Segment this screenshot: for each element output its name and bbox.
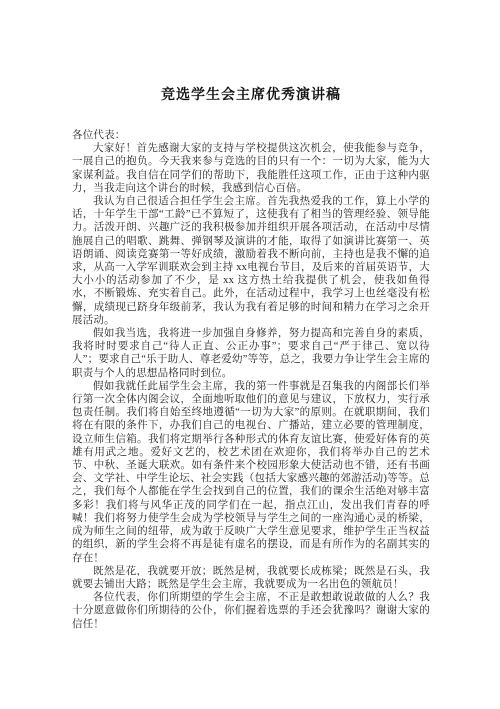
paragraph: 假如我就任此届学生会主席，我的第一件事就是召集我的内阁部长们举行第一次全体内阁会…: [72, 380, 430, 565]
paragraph: 我认为自己很适合担任学生会主席。首先我热爱我的工作，算上小学的话，十年学生干部“…: [72, 195, 430, 327]
salutation: 各位代表：: [72, 129, 430, 142]
paragraph: 既然是花，我就要开放；既然是树，我就要长成栋梁；既然是石头，我就要去铺出大路；既…: [72, 565, 430, 591]
document-body: 各位代表： 大家好！首先感谢大家的支持与学校提供这次机会，使我能参与竞争，一展自…: [72, 129, 430, 631]
paragraph: 各位代表，你们所期望的学生会主席，不正是敢想敢说敢做的人么？我十分愿意做你们所期…: [72, 591, 430, 631]
document-title: 竞选学生会主席优秀演讲稿: [72, 84, 430, 104]
paragraph: 大家好！首先感谢大家的支持与学校提供这次机会，使我能参与竞争，一展自己的抱负。今…: [72, 142, 430, 195]
paragraph: 假如我当选，我将进一步加强自身修养，努力提高和完善自身的素质，我将时时要求自己“…: [72, 327, 430, 380]
document-page: 竞选学生会主席优秀演讲稿 各位代表： 大家好！首先感谢大家的支持与学校提供这次机…: [0, 0, 500, 709]
